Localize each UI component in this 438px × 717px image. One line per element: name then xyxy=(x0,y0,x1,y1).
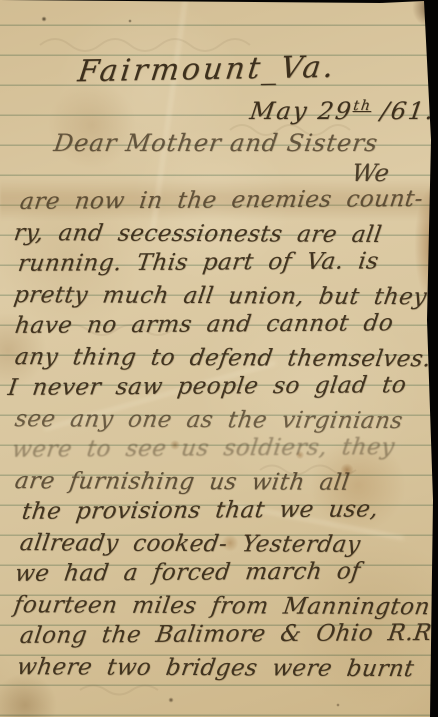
letter-line: I never saw people so glad to xyxy=(0,370,438,404)
letter-line: are now in the enemies count- xyxy=(0,184,438,218)
letter-date-line: May 29th /61. xyxy=(248,97,437,125)
letter-line: where two bridges were burnt xyxy=(0,652,438,685)
letter-place-line: Fairmount_Va. xyxy=(76,50,338,90)
letter-paper: Fairmount_Va. May 29th /61. Dear Mother … xyxy=(0,0,438,717)
date-day: May 29 xyxy=(248,97,355,125)
letter-body: are now in the enemies count- ry, and se… xyxy=(0,187,438,683)
letter-line: we had a forced march of xyxy=(0,556,438,590)
letter-line: have no arms and cannot do xyxy=(0,308,438,342)
letter-line: were to see us soldiers, they xyxy=(0,432,438,466)
date-year: /61. xyxy=(369,97,437,125)
scanned-letter-page: Fairmount_Va. May 29th /61. Dear Mother … xyxy=(0,0,438,717)
letter-line: the provisions that we use, xyxy=(0,494,438,528)
letter-opening-word: We xyxy=(350,159,391,187)
letter-line: along the Balimore & Ohio R.R. xyxy=(0,618,438,652)
letter-line: running. This part of Va. is xyxy=(0,246,438,280)
letter-salutation: Dear Mother and Sisters xyxy=(52,129,380,157)
